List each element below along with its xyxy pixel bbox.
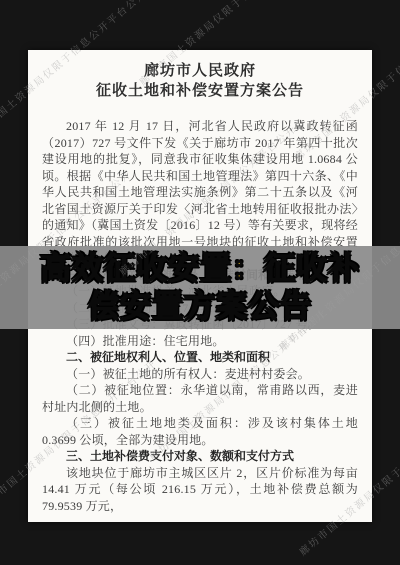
doc-title-line1: 廊坊市人民政府 bbox=[42, 61, 358, 81]
doc-item-land-location: （二）被征地位置：永华道以南，常甫路以西，麦进村址内北侧的土地。 bbox=[42, 382, 358, 415]
document-photo: 廊坊市人民政府 征收土地和补偿安置方案公告 2017 年 12 月 17 日，河… bbox=[0, 0, 400, 565]
doc-paragraph-intro: 2017 年 12 月 17 日，河北省人民政府以冀政转征函（2017）727 … bbox=[42, 118, 358, 267]
doc-paragraph-compensation: 该地块位于廊坊市主城区区片 2，区片价标准为每亩 14.41 万元（每公顷 21… bbox=[42, 465, 358, 515]
doc-item-land-area: （三）被征土地地类及面积：涉及该村集体土地 0.3699 公顷，全部为建设用地。 bbox=[42, 415, 358, 448]
doc-heading-compensation: 三、土地补偿费支付对象、数额和支付方式 bbox=[42, 448, 358, 465]
caption-banner-line1: 高效征收安置：征收补 bbox=[40, 250, 360, 288]
doc-title-line2: 征收土地和补偿安置方案公告 bbox=[42, 81, 358, 101]
doc-item-land-owner: （一）被征土地的所有权人：麦进村村委会。 bbox=[42, 366, 358, 383]
caption-banner-line2: 偿安置方案公告 bbox=[88, 288, 312, 326]
doc-item-approval-use: （四）批准用途：住宅用地。 bbox=[42, 333, 358, 350]
doc-heading-landholders: 二、被征地权利人、位置、地类和面积 bbox=[42, 349, 358, 366]
caption-banner: 高效征收安置：征收补 偿安置方案公告 bbox=[0, 246, 400, 329]
